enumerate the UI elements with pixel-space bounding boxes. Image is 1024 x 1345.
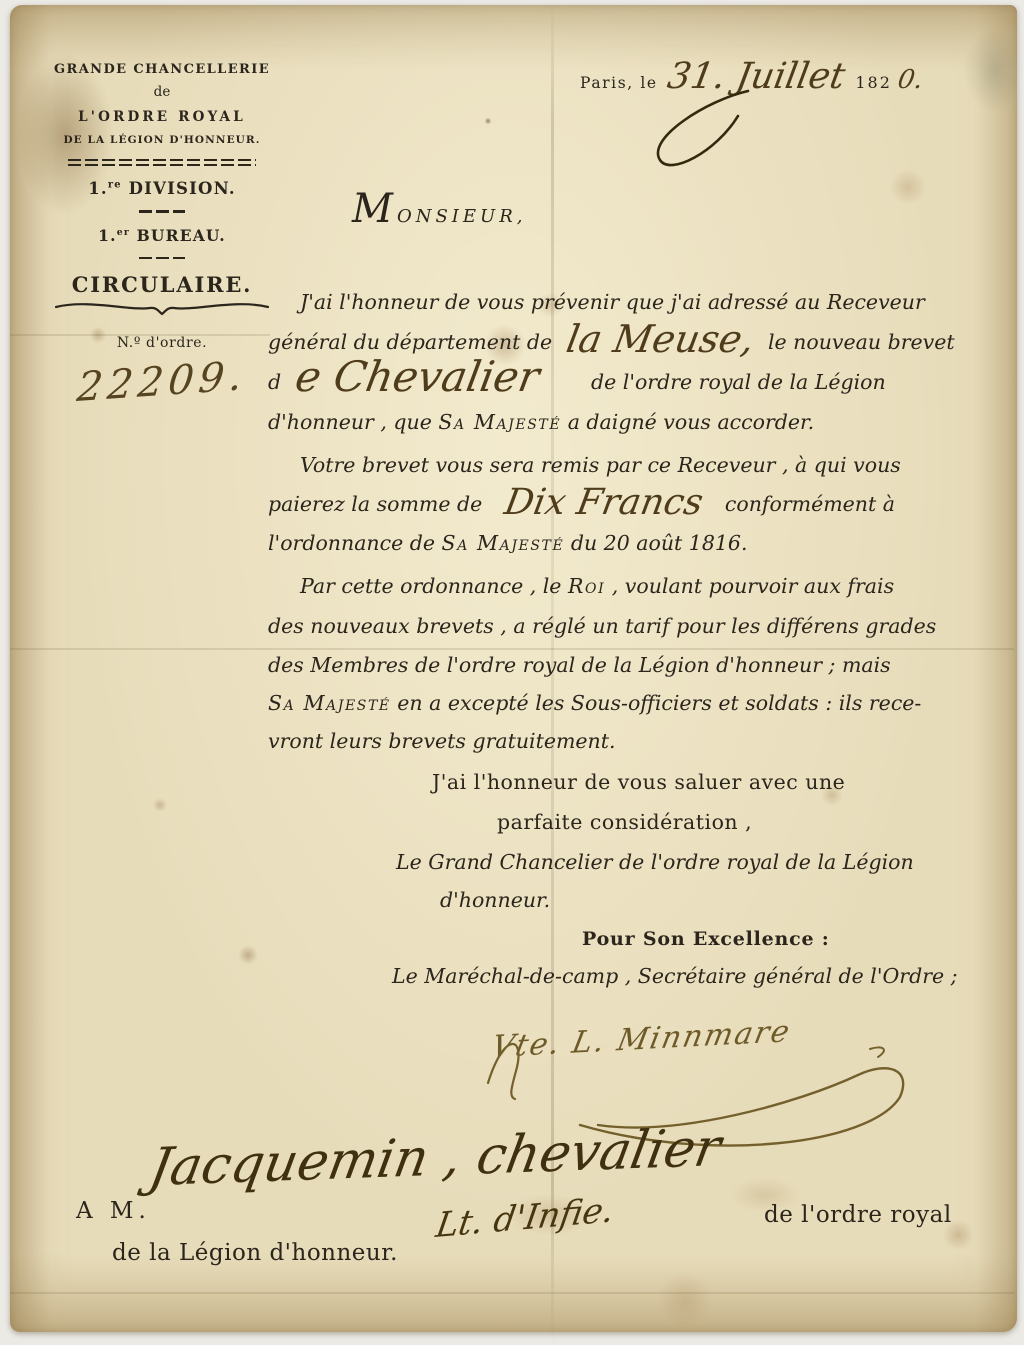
scanned-letter-page: GRANDE CHANCELLERIE de L'ORDRE ROYAL DE … [0, 0, 1024, 1345]
salutation-initial: M [352, 186, 397, 232]
para3-line5: vront leurs brevets gratuitement. [268, 729, 616, 753]
short-rule-divider [139, 210, 185, 212]
salutation-rest: ONSIEUR, [397, 206, 527, 227]
sa-majeste-smallcaps: Sa Majesté [268, 691, 391, 715]
para2-line1: Votre brevet vous sera remis par ce Rece… [300, 453, 901, 477]
para2-line2-printed-b: conformément à [725, 492, 895, 516]
para3-line2: des nouveaux brevets , a réglé un tarif … [268, 614, 936, 638]
order-number-label: N.º d'ordre. [52, 335, 272, 351]
footer-to-prefix: A M. [76, 1198, 151, 1224]
para1-line4-printed-b: a daigné vous accorder. [568, 410, 814, 434]
para2-line3: l'ordonnance de Sa Majesté du 20 août 18… [268, 531, 748, 555]
dateline-handwritten-digit: 0. [896, 65, 926, 95]
division-ordinal: re [108, 180, 122, 191]
letterhead-line-2: de [52, 84, 272, 100]
para1-line1: J'ai l'honneur de vous prévenir que j'ai… [300, 290, 925, 314]
sa-majeste-smallcaps: Sa Majesté [442, 531, 565, 555]
letterhead: GRANDE CHANCELLERIE de L'ORDRE ROYAL DE … [52, 62, 272, 405]
sa-majeste-smallcaps: Sa Majesté [438, 410, 561, 434]
para1-line4: d'honneur , que Sa Majesté a daigné vous… [268, 410, 814, 434]
footer-suffix-2: de la Légion d'honneur. [112, 1240, 398, 1266]
pour-son-excellence: Pour Son Excellence : [582, 928, 830, 950]
dateline-printed-year: 182 [855, 73, 892, 92]
para1-line3-printed-a: d [268, 370, 281, 394]
closing-line4: d'honneur. [440, 888, 550, 912]
para3-line4: Sa Majesté en a excepté les Sous-officie… [268, 691, 921, 715]
horizontal-fold-crease [10, 1292, 1014, 1294]
para1-line2-printed-a: général du département de [268, 330, 552, 354]
para1-line2: général du département de la Meuse, le n… [268, 330, 955, 354]
para1-line3: d e Chevalier de l'ordre royal de la Lég… [268, 370, 886, 394]
order-number-handwritten: 22209. [75, 353, 249, 411]
footer-suffix-1: de l'ordre royal [764, 1202, 952, 1228]
para3-line4-printed: en a excepté les Sous-officiers et solda… [397, 691, 921, 715]
para2-line3-printed-a: l'ordonnance de [268, 531, 435, 555]
para2-line3-printed-b: du 20 août 1816. [571, 531, 748, 555]
bureau-number: 1. [98, 226, 117, 245]
short-rule-divider [139, 257, 185, 259]
closing-line1: J'ai l'honneur de vous saluer avec une [432, 770, 845, 794]
division-number: 1. [88, 179, 108, 198]
roi-smallcaps: Roi [568, 574, 605, 598]
para2-line2-printed-a: paierez la somme de [268, 492, 482, 516]
para3-line1-printed-b: , voulant pourvoir aux frais [612, 574, 894, 598]
bureau-ordinal: er [117, 227, 130, 238]
letterhead-line-1: GRANDE CHANCELLERIE [52, 62, 272, 77]
date-pen-flourish [636, 88, 766, 183]
double-rule-divider [68, 159, 256, 166]
para1-line2-printed-b: le nouveau brevet [768, 330, 955, 354]
para3-line3: des Membres de l'ordre royal de la Légio… [268, 653, 891, 677]
division-label: DIVISION. [129, 179, 236, 198]
closing-line6: Le Maréchal-de-camp , Secrétaire général… [392, 964, 958, 988]
para1-line3-printed-b: de l'ordre royal de la Légion [591, 370, 886, 394]
para2-line2: paierez la somme de Dix Francs conformém… [268, 492, 895, 516]
division-line: 1.re DIVISION. [52, 179, 272, 198]
para1-line4-printed-a: d'honneur , que [268, 410, 432, 434]
para3-line1: Par cette ordonnance , le Roi , voulant … [300, 574, 894, 598]
bureau-line: 1.er BUREAU. [52, 226, 272, 245]
bureau-label: BUREAU. [137, 226, 226, 245]
horizontal-fold-crease [10, 648, 1014, 650]
salutation: MONSIEUR, [352, 186, 527, 232]
brace-swash-ornament [52, 299, 272, 321]
closing-line2: parfaite considération , [497, 810, 752, 834]
letterhead-line-3: L'ORDRE ROYAL [52, 109, 272, 125]
letterhead-line-4: DE LA LÉGION D'HONNEUR. [52, 134, 272, 146]
closing-line3: Le Grand Chancelier de l'ordre royal de … [396, 850, 914, 874]
para3-line1-printed-a: Par cette ordonnance , le [300, 574, 561, 598]
circulaire-heading: CIRCULAIRE. [52, 272, 272, 297]
